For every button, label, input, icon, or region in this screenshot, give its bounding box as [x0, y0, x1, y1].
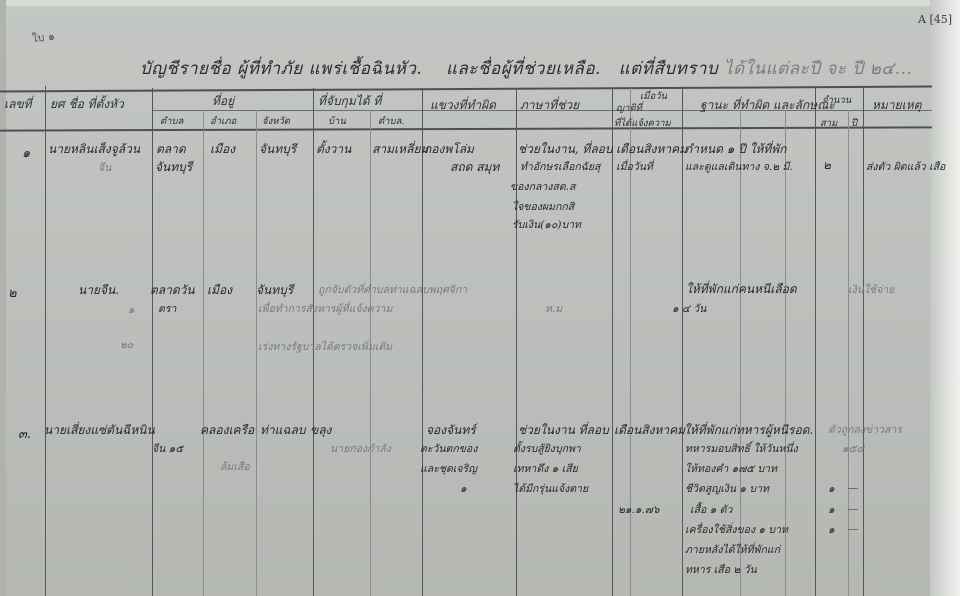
header-subdistrict: ตำบล	[160, 114, 183, 129]
row-3-subdistrict-sub: ล้มเสือ	[220, 460, 250, 474]
row-2-subdistrict-sub: ตรา	[158, 302, 176, 316]
header-no: เลขที่	[4, 95, 32, 114]
title-main: บัญชีรายชื่อ ผู้ที่ทำภัย แพร่เชื้อฉินหัว…	[140, 59, 422, 79]
row-2-district: เมือง	[207, 283, 232, 297]
row-1-date: เดือนสิงหาคม	[616, 142, 687, 156]
header-offense-place: แขวงที่ทำผิด	[430, 96, 496, 115]
row-3-language-line: ตั้งรบสู้ยิงบุกพา	[513, 442, 581, 456]
row-3-home: นายกองกำลัง	[330, 442, 391, 456]
col-divider	[863, 88, 864, 596]
table-top-rule	[0, 86, 932, 92]
row-1-subdistrict: ตลาด	[156, 142, 186, 156]
page-right-edge	[930, 0, 960, 596]
row-1-language: ช่วยในงาน, ที่ลอบ	[518, 142, 613, 156]
row-3-offense-place-line: และชุดเจริญ	[420, 462, 477, 476]
corner-mark: ใบ ๑	[31, 26, 56, 47]
row-3-count: ๑	[828, 503, 835, 517]
row-2-name-sub: ๑	[128, 303, 135, 317]
page-left-edge	[0, 0, 6, 596]
col-divider	[203, 110, 204, 596]
row-3-details-line: ให้ทองคำ ๑๗๕ บาท	[685, 462, 777, 476]
page-reference: A [45]	[918, 13, 952, 26]
row-3-subdistrict: คลองเครือ	[200, 423, 254, 437]
row-3-language: ช่วยในงาน ที่ลอบ	[518, 423, 609, 437]
header-count-group: จำนวน	[822, 93, 851, 108]
row-1-offense-place-sub: สถด สมุท	[450, 160, 499, 174]
row-1-subdistrict-sub: จันทบุรี	[155, 160, 192, 174]
col-divider	[848, 110, 849, 596]
header-home: บ้าน	[328, 114, 346, 129]
row-3-offense-place-line: ๑	[460, 482, 467, 496]
header-date-group: เมื่อวัน	[640, 89, 667, 104]
row-3-details-line: ภายหลังได้ให้ที่พักแก่	[685, 543, 780, 557]
row-1-count-a: ๒	[823, 158, 831, 172]
row-1-number: ๑	[22, 142, 30, 163]
row-3-offense-place-line: ตะวันตกของ	[420, 442, 477, 456]
col-divider	[516, 88, 517, 596]
row-1-district: เมือง	[210, 142, 235, 156]
row-2-name: นายจีน.	[78, 283, 119, 297]
row-2-language: ห.ม	[545, 302, 562, 316]
row-3-number: ๓.	[18, 423, 31, 444]
page-top-edge	[0, 0, 960, 6]
row-2-faded-line-1: ถูกจับตัวที่ตำบลท่าแฉลบพฤศจิกา	[318, 283, 467, 297]
row-2-subdistrict: ตลาดวัน	[150, 283, 195, 297]
row-1-language-line: รับเงิน(๑๐)บาท	[512, 218, 581, 232]
header-language: ภาษาที่ช่วย	[520, 96, 579, 115]
row-1-remarks: ส่งตัว ผิดแล้ว เสือ	[866, 160, 945, 174]
row-1-date-sub: เมื่อวันที่	[616, 160, 653, 174]
row-3-province: ขลุง	[310, 423, 331, 437]
header-bottom-rule	[0, 126, 932, 131]
row-1-offense-place: กองพโล่ม	[424, 142, 474, 156]
row-3-language-line: ได้มีกรุ่นแจ้งตาย	[513, 482, 588, 496]
row-2-details-sub: ๑ ๔ วัน	[672, 302, 706, 316]
title-faded: ได้ในแต่ละปี จะ ปี ๒๔...	[724, 59, 912, 79]
row-2-faded-line-2: เพื่อทำการสังหารผู้ที่แจ้งความ	[258, 302, 392, 316]
row-3-details: ให้ที่พักแก่ทหารผู้หนีรอด.	[684, 423, 813, 437]
row-3-date-sub: ๒๑.๑.๗๖	[618, 503, 660, 517]
row-1-name: นายหลินเส็งจูล้วน	[48, 142, 140, 156]
row-1-province: จันทบุรี	[259, 142, 296, 156]
document-title: บัญชีรายชื่อ ผู้ที่ทำภัย แพร่เชื้อฉินหัว…	[140, 55, 840, 82]
document-photo: ใบ ๑ A [45] บัญชีรายชื่อ ผู้ที่ทำภัย แพร…	[0, 0, 960, 596]
col-divider	[422, 88, 423, 596]
row-2-number: ๒	[8, 282, 17, 303]
col-divider	[152, 88, 153, 596]
title-continued-2: แต่ที่สืบทราบ	[619, 59, 719, 79]
row-1-home: ตั้งวาน	[316, 142, 351, 156]
row-3-details-line: ทหารมอบสิทธิ์ ให้วันหนึ่ง	[685, 442, 798, 456]
row-3-district: ท่าแฉลบ	[260, 423, 306, 437]
title-continued: และชื่อผู้ที่ช่วยเหลือ.	[446, 59, 601, 79]
header-district: อำเภอ	[210, 114, 236, 129]
row-3-details-line: ทหาร เสือ ๒ วัน	[685, 563, 757, 577]
row-1-details: กำหนด ๑ ปี ให้ที่พัก	[685, 142, 786, 156]
header-date: ญาติที่	[616, 101, 642, 116]
dash-mark	[848, 529, 858, 530]
dash-mark	[848, 509, 858, 510]
row-2-province: จันทบุรี	[256, 283, 293, 297]
row-3-details-line: ชีวิตสูญเงิน ๑ บาท	[685, 482, 769, 496]
row-3-offense-place: จองจันทร์	[426, 423, 476, 437]
dash-mark	[848, 488, 858, 489]
row-3-name-sub: จีน ๑๕	[152, 442, 183, 456]
row-2-remarks: เงินใช้จ่าย	[848, 283, 894, 297]
row-3-count: ๑	[828, 523, 835, 537]
col-divider	[815, 88, 816, 596]
row-2-details: ให้ที่พักแก่คนหนีเลือด	[686, 282, 797, 296]
col-divider	[612, 88, 613, 596]
row-2-name-sub-2: ๒๐	[120, 338, 133, 352]
row-1-name-sub: จีน	[98, 161, 111, 175]
row-3-details-line: เครื่องใช้สิ่งของ ๑ บาท	[685, 523, 788, 537]
header-count-a: สาม	[820, 116, 837, 131]
row-3-count: ๑	[828, 482, 835, 496]
row-3-name: นายเสี่ยงแซ่ตันฉีหนิน	[44, 423, 155, 437]
header-count-b: ปี	[851, 116, 857, 131]
header-caught-group: ที่จับกุมได้ ที่	[318, 92, 381, 111]
col-divider	[45, 86, 46, 596]
row-1-language-line: ใจของผมกกสิ	[512, 200, 574, 214]
row-1-language-line: ทำอักษรเลือกฉัยสุ	[520, 160, 600, 174]
header-province: จังหวัด	[262, 114, 290, 129]
header-date-sub: ที่ได้แจ้งความ	[614, 116, 671, 131]
row-3-remarks: ตัวถูกลงข่าวสาร	[828, 423, 902, 437]
col-divider	[256, 110, 257, 596]
header-details: ฐานะ ที่ทำผิด และลักษณะ	[700, 96, 835, 115]
row-3-details-line: เสื้อ ๑ ตัว	[690, 503, 732, 517]
col-divider	[682, 88, 683, 596]
row-3-date: เดือนสิงหาคม	[614, 423, 685, 437]
row-1-language-line: ของกลางสด.ส	[510, 180, 575, 194]
row-2-faded-line-3: เร่งทางรัฐบาลได้ตรวจเพิ่มเติม	[258, 340, 392, 354]
row-1-subdistrict-2: สามเหลี่ยม	[372, 142, 428, 156]
row-3-remarks-sub: ๑๕๔	[842, 442, 865, 456]
header-address-group: ที่อยู่	[212, 92, 234, 111]
row-3-language-line: เทหาดึง ๑ เสีย	[513, 462, 578, 476]
row-1-details-sub: และดูแลเดินทาง จ.๒ มี.	[685, 160, 793, 174]
header-name: ยศ ชื่อ ที่ตั้งหัว	[50, 95, 124, 114]
header-subdistrict-2: ตำบล.	[378, 114, 404, 129]
header-remarks: หมายเหตุ	[872, 96, 921, 115]
